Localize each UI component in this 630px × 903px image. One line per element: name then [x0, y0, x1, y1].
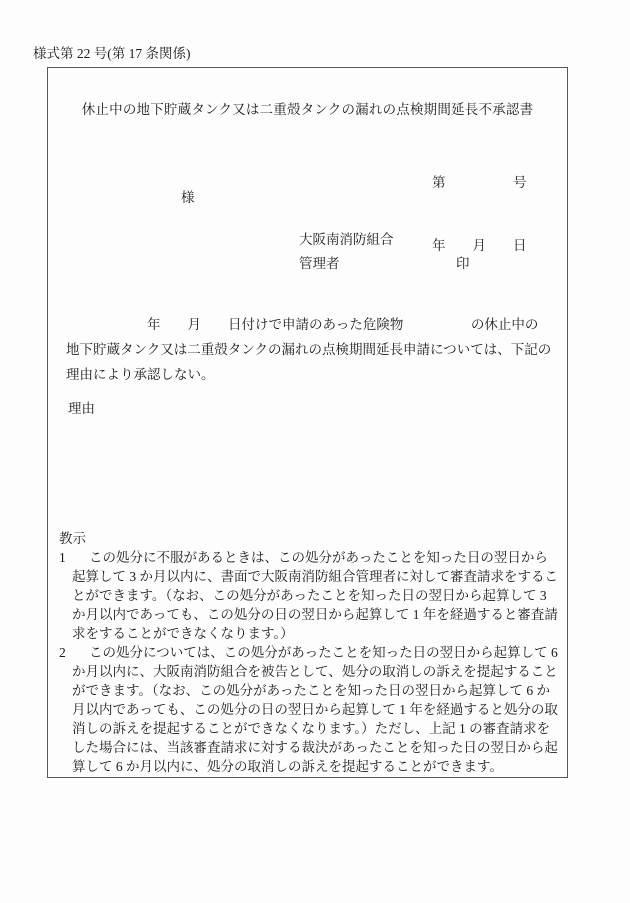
form-number: 様式第 22 号(第 17 条関係)	[33, 42, 191, 62]
doc-number-line: 第 号	[432, 172, 527, 193]
instruction-item: 2 この処分については、この処分があったことを知った日の翌日から起算して 6 か…	[59, 643, 564, 776]
number-date-block: 第 号 年 月 日	[432, 130, 527, 298]
item-text: この処分については、この処分があったことを知った日の翌日から起算して 6 か月以…	[72, 643, 564, 776]
date-line: 年 月 日	[432, 235, 527, 256]
instruction-item: 1 この処分に不服があるときは、この処分があったことを知った日の翌日から 起算し…	[59, 548, 564, 643]
reason-label: 理由	[68, 397, 95, 417]
issuer-block: 大阪南消防組合 管理者 印	[299, 228, 394, 276]
addressee-suffix: 様	[181, 186, 195, 206]
appeal-instructions: 教示 1 この処分に不服があるときは、この処分があったことを知った日の翌日から …	[59, 529, 564, 776]
issuer-organization: 大阪南消防組合	[299, 228, 394, 252]
document-page: 様式第 22 号(第 17 条関係) 休止中の地下貯蔵タンク又は二重殻タンクの漏…	[0, 0, 630, 903]
item-number: 1	[59, 548, 66, 567]
item-text: この処分に不服があるときは、この処分があったことを知った日の翌日から 起算して …	[72, 548, 564, 643]
document-frame: 休止中の地下貯蔵タンク又は二重殻タンクの漏れの点検期間延長不承認書 第 号 年 …	[47, 67, 568, 778]
body-paragraph: 年 月 日付けで申請のあった危険物 の休止中の 地下貯蔵タンク又は二重殻タンクの…	[66, 312, 551, 387]
issuer-title-line: 管理者 印	[299, 252, 394, 276]
seal-mark: 印	[456, 252, 470, 276]
document-title: 休止中の地下貯蔵タンク又は二重殻タンクの漏れの点検期間延長不承認書	[48, 98, 567, 118]
instructions-heading: 教示	[59, 529, 564, 548]
item-number: 2	[59, 643, 66, 662]
issuer-title: 管理者	[299, 256, 340, 271]
